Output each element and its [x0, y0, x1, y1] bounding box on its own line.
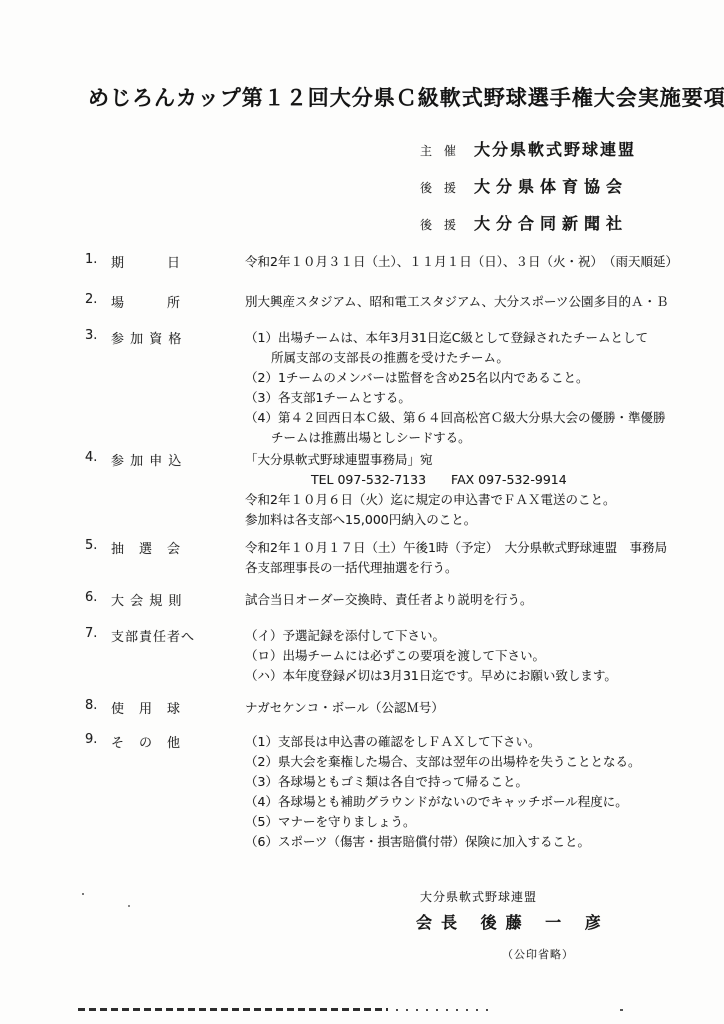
scan-speck — [128, 905, 130, 907]
section-line: 所属支部の支部長の推薦を受けたチーム。 — [245, 348, 695, 368]
section-body: （1）出場チームは、本年3月31日迄C級として登録されたチームとして 所属支部の… — [245, 328, 695, 448]
section-rules: 6. 大 会 規 則 試合当日オーダー交換時、責任者より説明を行う。 — [85, 590, 695, 610]
section-application: 4. 参 加 申 込 「大分県軟式野球連盟事務局」宛 TEL 097-532-7… — [85, 450, 695, 530]
section-label: 参 加 申 込 — [111, 450, 182, 469]
section-label: 抽 選 会 — [111, 538, 181, 557]
section-line: （4）各球場とも補助グラウンドがないのでキャッチボール程度に。 — [245, 792, 695, 812]
section-number: 7. — [85, 626, 111, 645]
section-number: 1. — [85, 252, 111, 271]
section-line: チームは推薦出場としシードする。 — [245, 428, 695, 448]
section-label: 支部責任者へ — [111, 626, 195, 645]
section-line: TEL 097-532-7133 FAX 097-532-9914 — [245, 470, 695, 490]
section-body: ナガセケンコ・ボール（公認Ｍ号） — [245, 698, 695, 718]
section-eligibility: 3. 参 加 資 格 （1）出場チームは、本年3月31日迄C級として登録されたチ… — [85, 328, 695, 448]
scan-artifact-dot — [620, 1009, 623, 1011]
section-heading: 2. 場 所 — [85, 292, 245, 311]
section-body: 試合当日オーダー交換時、責任者より説明を行う。 — [245, 590, 695, 610]
sponsor-row: 主 催 大分県軟式野球連盟 — [420, 137, 636, 160]
section-heading: 7. 支部責任者へ — [85, 626, 245, 645]
section-body: （1）支部長は申込書の確認をしＦＡＸして下さい。 （2）県大会を棄権した場合、支… — [245, 732, 695, 852]
section-date: 1. 期 日 令和2年１０月３１日（土）、１１月１日（日）、３日（火・祝） （雨… — [85, 252, 695, 272]
page-title: めじろんカップ第１２回大分県Ｃ級軟式野球選手権大会実施要項 — [88, 82, 724, 112]
footer-president-name: 会長 後藤 一 彦 — [416, 910, 610, 933]
section-line: 別大興産スタジアム、昭和電工スタジアム、大分スポーツ公園多目的Ａ・Ｂ — [245, 292, 695, 312]
section-line: （ハ）本年度登録〆切は3月31日迄です。早めにお願い致します。 — [245, 666, 695, 686]
section-line: 令和2年１０月３１日（土）、１１月１日（日）、３日（火・祝） （雨天順延） — [245, 252, 695, 272]
section-lottery: 5. 抽 選 会 令和2年１０月１７日（土）午後1時（予定） 大分県軟式野球連盟… — [85, 538, 695, 578]
section-line: ナガセケンコ・ボール（公認Ｍ号） — [245, 698, 695, 718]
section-body: 別大興産スタジアム、昭和電工スタジアム、大分スポーツ公園多目的Ａ・Ｂ — [245, 292, 695, 312]
section-ball: 8. 使 用 球 ナガセケンコ・ボール（公認Ｍ号） — [85, 698, 695, 718]
section-body: 令和2年１０月３１日（土）、１１月１日（日）、３日（火・祝） （雨天順延） — [245, 252, 695, 272]
section-line: （2）県大会を棄権した場合、支部は翌年の出場枠を失うこととなる。 — [245, 752, 695, 772]
section-heading: 5. 抽 選 会 — [85, 538, 245, 557]
section-other: 9. そ の 他 （1）支部長は申込書の確認をしＦＡＸして下さい。 （2）県大会… — [85, 732, 695, 852]
section-number: 5. — [85, 538, 111, 557]
sponsor-row: 後 援 大分合同新聞社 — [420, 211, 628, 234]
section-line: 各支部理事長の一括代理抽選を行う。 — [245, 558, 695, 578]
section-line: 試合当日オーダー交換時、責任者より説明を行う。 — [245, 590, 695, 610]
section-line: （1）支部長は申込書の確認をしＦＡＸして下さい。 — [245, 732, 695, 752]
section-number: 8. — [85, 698, 111, 717]
footer-seal-note: （公印省略） — [502, 946, 574, 962]
section-number: 2. — [85, 292, 111, 311]
section-line: （6）スポーツ（傷害・損害賠償付帯）保険に加入すること。 — [245, 832, 695, 852]
section-heading: 9. そ の 他 — [85, 732, 245, 751]
sponsor-role: 主 催 — [420, 142, 466, 159]
section-line: （1）出場チームは、本年3月31日迄C級として登録されたチームとして — [245, 328, 695, 348]
section-line: 令和2年１０月６日（火）迄に規定の申込書でＦＡＸ電送のこと。 — [245, 490, 695, 510]
footer-organization: 大分県軟式野球連盟 — [420, 888, 537, 905]
section-label: 参 加 資 格 — [111, 328, 182, 347]
section-heading: 6. 大 会 規 則 — [85, 590, 245, 609]
section-line: （3）各球場ともゴミ類は各自で持って帰ること。 — [245, 772, 695, 792]
sponsor-name: 大分県軟式野球連盟 — [474, 137, 636, 160]
section-line: （3）各支部1チームとする。 — [245, 388, 695, 408]
section-venue: 2. 場 所 別大興産スタジアム、昭和電工スタジアム、大分スポーツ公園多目的Ａ・… — [85, 292, 695, 312]
section-label: 大 会 規 則 — [111, 590, 182, 609]
section-number: 4. — [85, 450, 111, 469]
section-line: （5）マナーを守りましょう。 — [245, 812, 695, 832]
section-line: 参加料は各支部へ15,000円納入のこと。 — [245, 510, 695, 530]
sponsor-name: 大分県体育協会 — [474, 174, 628, 197]
section-label: 使 用 球 — [111, 698, 181, 717]
section-line: （4）第４２回西日本Ｃ級、第６４回高松宮Ｃ級大分県大会の優勝・準優勝 — [245, 408, 695, 428]
section-line: （イ）予選記録を添付して下さい。 — [245, 626, 695, 646]
section-number: 9. — [85, 732, 111, 751]
section-branch-managers: 7. 支部責任者へ （イ）予選記録を添付して下さい。 （ロ）出場チームには必ずこ… — [85, 626, 695, 686]
scan-artifact-dots — [396, 1009, 492, 1011]
sponsor-name: 大分合同新聞社 — [474, 211, 628, 234]
section-heading: 1. 期 日 — [85, 252, 245, 271]
section-line: 令和2年１０月１７日（土）午後1時（予定） 大分県軟式野球連盟 事務局 — [245, 538, 695, 558]
section-body: 令和2年１０月１７日（土）午後1時（予定） 大分県軟式野球連盟 事務局 各支部理… — [245, 538, 695, 578]
section-line: （2）1チームのメンバーは監督を含め25名以内であること。 — [245, 368, 695, 388]
section-body: 「大分県軟式野球連盟事務局」宛 TEL 097-532-7133 FAX 097… — [245, 450, 695, 530]
sponsor-role: 後 援 — [420, 216, 466, 233]
section-heading: 3. 参 加 資 格 — [85, 328, 245, 347]
scan-artifact-dashes — [78, 1008, 388, 1011]
section-line: 「大分県軟式野球連盟事務局」宛 — [245, 450, 695, 470]
section-number: 3. — [85, 328, 111, 347]
section-label: そ の 他 — [111, 732, 181, 751]
section-number: 6. — [85, 590, 111, 609]
section-heading: 8. 使 用 球 — [85, 698, 245, 717]
sponsor-row: 後 援 大分県体育協会 — [420, 174, 628, 197]
sponsor-role: 後 援 — [420, 179, 466, 196]
section-body: （イ）予選記録を添付して下さい。 （ロ）出場チームには必ずこの要項を渡して下さい… — [245, 626, 695, 686]
section-line: （ロ）出場チームには必ずこの要項を渡して下さい。 — [245, 646, 695, 666]
scanned-document-page: めじろんカップ第１２回大分県Ｃ級軟式野球選手権大会実施要項 主 催 大分県軟式野… — [0, 0, 724, 1024]
section-label: 期 日 — [111, 252, 181, 271]
section-label: 場 所 — [111, 292, 181, 311]
section-heading: 4. 参 加 申 込 — [85, 450, 245, 469]
scan-speck — [82, 893, 84, 895]
